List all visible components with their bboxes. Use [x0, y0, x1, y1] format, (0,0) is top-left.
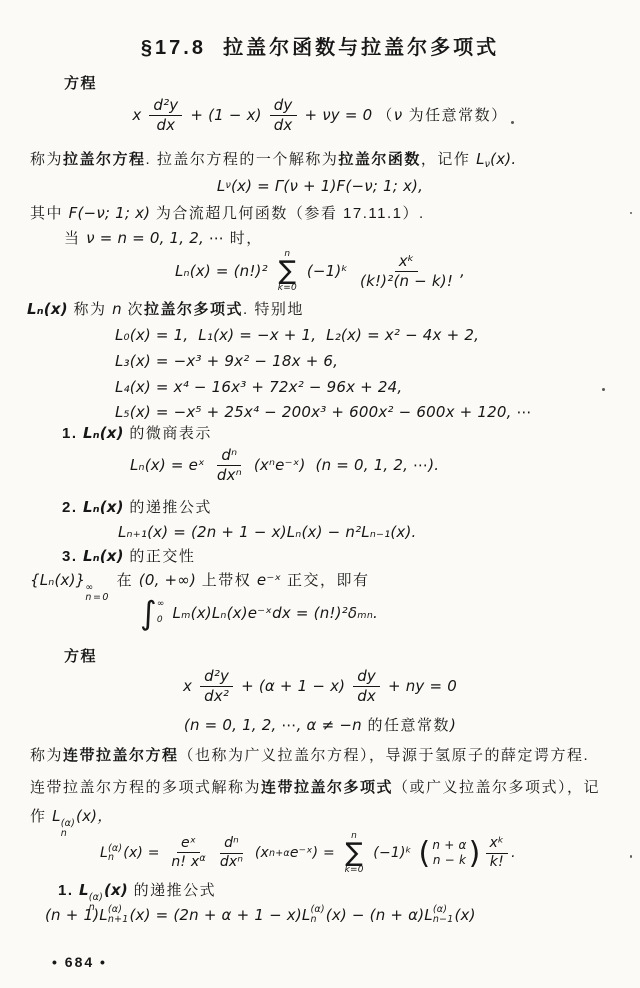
orthogonality-integral: ∫∞0 Lₘ(x)Lₙ(x)e⁻ˣdx = (n!)²δₘₙ. — [140, 597, 378, 629]
eq4-frac-numerator: dⁿ — [217, 447, 241, 466]
eq7-rhs: + ny = 0 — [383, 677, 457, 695]
eq9-sub-1: n+1 — [108, 915, 129, 925]
p1-term-laguerre-equation: 拉盖尔方程 — [63, 151, 146, 168]
item-1-math: Lₙ(x) — [78, 424, 124, 442]
polynomial-examples-line-3: L₄(x) = x⁴ − 16x³ + 72x² − 96x + 24, — [115, 378, 402, 396]
eq8-frac3-denominator: k! — [486, 854, 508, 870]
p1-run-1: 称为 — [30, 151, 63, 168]
polynomial-examples-line-4: L₅(x) = −x⁵ + 25x⁴ − 200x³ + 600x² − 600… — [115, 403, 532, 421]
eq9-part-2: (x) = (2n + α + 1 − x)L — [129, 906, 310, 924]
p3-run-2: 时， — [224, 230, 263, 247]
polynomial-examples-line-2: L₃(x) = −x³ + 9x² − 18x + 6, — [115, 352, 338, 370]
eq2-body: (x) = Γ(ν + 1)F(−ν; 1; x), — [231, 177, 423, 195]
associated-recurrence-formula: (n + 1)L(α)n+1(x) = (2n + α + 1 − x)L(α)… — [45, 905, 476, 924]
eq8-equals-2: e⁻ˣ) = — [290, 845, 340, 862]
item-3-text: 的正交性 — [124, 548, 196, 565]
eq6-body: Lₘ(x)Lₙ(x)e⁻ˣdx = (n!)²δₘₙ. — [168, 604, 378, 622]
item-1-number: 1. — [62, 425, 78, 442]
eq1-note-text: 为任意常数） — [402, 106, 507, 124]
eq9-part-4: (x) — [454, 906, 475, 924]
eq8-x-exponent: n+α — [269, 848, 290, 859]
poly-line-4-text: L₅(x) = −x⁵ + 25x⁴ − 200x³ + 600x² − 600… — [115, 403, 532, 421]
associated-laguerre-formula: L(α)n(x) = eˣn! xαdⁿdxⁿ (xn+αe⁻ˣ) = n∑k=… — [100, 832, 516, 875]
poly-line-2-text: L₃(x) = −x³ + 9x² − 18x + 6, — [115, 352, 338, 370]
p1-run-2: . 拉盖尔方程的一个解称为 — [146, 151, 339, 168]
eq3-middle: (−1)ᵏ — [302, 262, 353, 280]
eq9-part-1: (n + 1)L — [45, 906, 108, 924]
eq8-frac1-den-exponent: α — [199, 853, 205, 864]
equation-label-1-text: 方程 — [64, 75, 97, 92]
eq1-rhs: + νy = 0 — [300, 106, 378, 124]
p4-run-1: 称为 — [68, 301, 112, 318]
binomial-column: n + αn − k — [430, 838, 468, 868]
polynomial-examples-line-1: L₀(x) = 1, L₁(x) = −x + 1, L₂(x) = x² − … — [115, 326, 479, 344]
item-3-orthogonality: 3. Lₙ(x) 的正交性 — [62, 547, 195, 566]
eq1-frac1-denominator: dx — [152, 116, 179, 134]
integral-lower-limit: 0 — [157, 615, 165, 626]
p8-run-1: 作 — [30, 808, 52, 825]
eq8-tail: . — [511, 845, 516, 862]
para-polynomial-name: Lₙ(x) 称为 n 次拉盖尔多项式. 特别地 — [27, 300, 304, 319]
integral-upper-limit: ∞ — [157, 599, 165, 610]
eq1-note-open: （ — [377, 106, 394, 124]
p5-run-2: 上带权 — [196, 572, 257, 589]
p5-set-supsub: ∞n=0 — [85, 583, 110, 602]
p4-math-n: n — [112, 300, 122, 318]
item-4-math-L: L — [74, 881, 89, 899]
page-number-text: • 684 • — [52, 954, 107, 970]
p3-math: ν = n = 0, 1, 2, ⋯ — [86, 229, 224, 247]
item-4-math-arg: (x) — [104, 881, 128, 899]
eq8-L-subscript: n — [108, 853, 114, 863]
eq8-sigma-icon: ∑ — [345, 841, 363, 866]
integral-limits: ∞0 — [157, 597, 165, 629]
binomial-bottom: n − k — [433, 853, 466, 868]
binomial-left-paren: ( — [418, 840, 430, 867]
eq4-fraction: dⁿdxⁿ — [213, 447, 246, 483]
eq8-L: L — [100, 845, 108, 862]
item-1-text: 的微商表示 — [124, 425, 212, 442]
p4-run-3: . 特别地 — [243, 301, 304, 318]
eq7-middle: + (α + 1 − x) — [236, 677, 350, 695]
eq2-L: L — [217, 177, 226, 195]
eq8-fraction-2: dⁿdxⁿ — [216, 836, 247, 870]
item-2-recurrence: 2. Lₙ(x) 的递推公式 — [62, 498, 212, 517]
eq8-sum-lower-limit: k=0 — [345, 866, 364, 875]
item-4-number: 1. — [58, 882, 74, 899]
para-associated-definition: 称为连带拉盖尔方程（也称为广义拉盖尔方程），导源于氢原子的薛定谔方程. — [30, 747, 589, 765]
eq9-part-3: (x) − (n + α)L — [326, 906, 433, 924]
eq1-frac2-numerator: dy — [270, 97, 297, 116]
p1-math-arg: (x). — [490, 150, 516, 168]
eq9-supsub-2: (α)n — [311, 905, 325, 924]
scan-speck — [630, 855, 632, 858]
laguerre-function-formula: Lν(x) = Γ(ν + 1)F(−ν; 1; x), — [0, 177, 640, 195]
para-hypergeometric-note: 其中 F(−ν; 1; x) 为合流超几何函数（参看 17.11.1）. — [30, 204, 425, 223]
laguerre-polynomial-sum-formula: Lₙ(x) = (n!)² n∑k=0 (−1)ᵏ xᵏ(k!)²(n − k)… — [0, 250, 640, 293]
eq3-lhs: Lₙ(x) = (n!)² — [175, 262, 273, 280]
eq8-frac3-numerator: xᵏ — [486, 836, 509, 853]
p5-math-interval: (0, +∞) — [139, 571, 196, 589]
eq1-lhs: x — [132, 106, 146, 124]
sigma-icon: ∑ — [278, 259, 296, 284]
p4-run-2: 次 — [122, 301, 144, 318]
eq7-frac2-denominator: dx — [353, 687, 380, 705]
p2-math-F: F(−ν; 1; x) — [69, 204, 151, 222]
item-2-math: Lₙ(x) — [78, 498, 124, 516]
p4-math-Ln: Lₙ(x) — [27, 300, 68, 318]
p1-run-3: ，记作 — [421, 151, 476, 168]
item-1-derivative-representation: 1. Lₙ(x) 的微商表示 — [62, 424, 212, 443]
eq7n-text: 的任意常数 — [362, 717, 450, 734]
p5-math-set: {Lₙ(x)} — [30, 571, 85, 589]
p6-run-1: 称为 — [30, 747, 63, 764]
poly-line-3-text: L₄(x) = x⁴ − 16x³ + 72x² − 96x + 24, — [115, 378, 402, 396]
eq8-x-base: (x — [250, 845, 269, 862]
scan-speck — [630, 212, 632, 214]
eq7-fraction-2: dydx — [353, 668, 380, 704]
eq7n-math-2: ) — [450, 716, 456, 734]
p2-run-2: 为合流超几何函数（参看 17.11.1）. — [150, 205, 424, 222]
p7-run-2: （或广义拉盖尔多项式），记 — [393, 779, 600, 796]
eq8-fraction-3: xᵏk! — [486, 836, 509, 870]
eq5-text: Lₙ₊₁(x) = (2n + 1 − x)Lₙ(x) − n²Lₙ₋₁(x). — [118, 523, 417, 541]
section-title: §17.8 拉盖尔函数与拉盖尔多项式 — [0, 36, 640, 60]
eq7-frac2-numerator: dy — [353, 668, 380, 687]
equation-label-2-text: 方程 — [64, 648, 97, 665]
eq9-supsub-1: (α)n+1 — [108, 905, 129, 924]
eq8-equals: (x) = — [123, 845, 164, 862]
para-laguerre-definition: 称为拉盖尔方程. 拉盖尔方程的一个解称为拉盖尔函数，记作 Lν(x). — [30, 150, 516, 170]
page-number: • 684 • — [52, 954, 107, 971]
eq8-frac2-denominator: dxⁿ — [216, 854, 247, 870]
p8-L-supsub: (α)n — [61, 819, 75, 838]
p6-run-2: （也称为广义拉盖尔方程），导源于氢原子的薛定谔方程. — [179, 747, 590, 764]
eq9-sub-3: n−1 — [433, 915, 454, 925]
eq1-fraction-2: dydx — [270, 97, 297, 133]
p8-math-arg: (x)， — [76, 807, 112, 825]
p5-set-subscript: n=0 — [85, 593, 110, 603]
equation-label-1: 方程 — [64, 75, 97, 93]
p7-term-associated-polynomial: 连带拉盖尔多项式 — [261, 779, 393, 796]
sum-lower-limit: k=0 — [278, 284, 297, 293]
eq1-note-nu: ν — [394, 106, 403, 124]
p8-math-L: L — [52, 807, 61, 825]
eq7-fraction-1: d²ydx² — [200, 668, 233, 704]
item-4-text: 的递推公式 — [128, 882, 216, 899]
eq8-frac1-numerator: eˣ — [177, 836, 200, 853]
p5-run-1: 在 — [111, 572, 139, 589]
eq8-frac2-numerator: dⁿ — [220, 836, 243, 853]
p6-term-associated-equation: 连带拉盖尔方程 — [63, 747, 179, 764]
p2-run-1: 其中 — [30, 205, 69, 222]
associated-laguerre-ode: x d²ydx² + (α + 1 − x) dydx + ny = 0 — [0, 668, 640, 704]
item-3-number: 3. — [62, 548, 78, 565]
para-associated-polynomial: 连带拉盖尔方程的多项式解称为连带拉盖尔多项式（或广义拉盖尔多项式），记 — [30, 779, 600, 797]
p7-run-1: 连带拉盖尔方程的多项式解称为 — [30, 779, 261, 796]
eq1-frac2-denominator: dx — [270, 116, 297, 134]
recurrence-formula: Lₙ₊₁(x) = (2n + 1 − x)Lₙ(x) − n²Lₙ₋₁(x). — [118, 523, 417, 541]
p5-math-weight: e⁻ˣ — [257, 571, 281, 589]
eq4-lhs: Lₙ(x) = eˣ — [130, 456, 210, 474]
p1-term-laguerre-function: 拉盖尔函数 — [338, 151, 421, 168]
item-3-math: Lₙ(x) — [78, 547, 124, 565]
p3-run-1: 当 — [64, 230, 86, 247]
integral-icon: ∫ — [140, 597, 157, 629]
binomial-coefficient: (n + αn − k) — [418, 838, 480, 868]
section-title-text: §17.8 拉盖尔函数与拉盖尔多项式 — [141, 37, 499, 59]
derivative-representation-formula: Lₙ(x) = eˣ dⁿdxⁿ (xⁿe⁻ˣ) (n = 0, 1, 2, ⋯… — [130, 447, 439, 483]
laguerre-ode-equation: x d²ydx + (1 − x) dydx + νy = 0 （ν 为任意常数… — [0, 97, 640, 133]
p5-run-3: 正交，即有 — [281, 572, 369, 589]
summation-operator: n∑k=0 — [278, 250, 297, 293]
eq7-frac1-numerator: d²y — [200, 668, 233, 687]
integral-operator: ∫∞0 — [140, 597, 165, 629]
eq4-frac-denominator: dxⁿ — [213, 466, 246, 484]
scanned-book-page: §17.8 拉盖尔函数与拉盖尔多项式 方程 x d²ydx + (1 − x) … — [0, 0, 640, 988]
eq7n-math-1: (n = 0, 1, 2, ⋯, α ≠ −n — [184, 716, 362, 734]
binomial-top: n + α — [432, 838, 466, 853]
ode-parameter-note: (n = 0, 1, 2, ⋯, α ≠ −n 的任意常数) — [0, 716, 640, 735]
eq9-sub-2: n — [311, 915, 317, 925]
eq8-sign-term: (−1)ᵏ — [369, 845, 417, 862]
eq7-lhs: x — [183, 677, 197, 695]
p8-L-subscript: n — [61, 829, 67, 839]
eq8-fraction-1: eˣn! xα — [167, 836, 210, 871]
eq3-tail: , — [460, 262, 465, 280]
binomial-right-paren: ) — [469, 840, 481, 867]
item-2-number: 2. — [62, 499, 78, 516]
equation-label-2: 方程 — [64, 648, 97, 666]
eq1-fraction-1: d²ydx — [149, 97, 182, 133]
eq1-frac1-numerator: d²y — [149, 97, 182, 116]
scan-speck — [511, 121, 514, 124]
eq8-L-supsub: (α)n — [108, 844, 122, 863]
eq1-middle: + (1 − x) — [185, 106, 266, 124]
item-2-text: 的递推公式 — [124, 499, 212, 516]
p4-term-laguerre-polynomial: 拉盖尔多项式 — [144, 301, 243, 318]
eq4-rhs: (xⁿe⁻ˣ) (n = 0, 1, 2, ⋯). — [249, 456, 439, 474]
eq3-fraction: xᵏ(k!)²(n − k)! — [356, 253, 457, 289]
eq8-frac1-denominator: n! xα — [167, 853, 210, 870]
eq8-frac1-den-base: n! x — [171, 854, 199, 870]
eq3-frac-denominator: (k!)²(n − k)! — [356, 272, 457, 290]
scan-speck — [602, 388, 605, 391]
para-when-nu-equals-n: 当 ν = n = 0, 1, 2, ⋯ 时， — [64, 229, 263, 248]
eq7-frac1-denominator: dx² — [200, 687, 233, 705]
poly-line-1-text: L₀(x) = 1, L₁(x) = −x + 1, L₂(x) = x² − … — [115, 326, 479, 344]
p1-math-L: L — [476, 150, 485, 168]
eq3-frac-numerator: xᵏ — [395, 253, 419, 272]
eq8-summation-operator: n∑k=0 — [345, 832, 364, 875]
eq9-supsub-3: (α)n−1 — [433, 905, 454, 924]
